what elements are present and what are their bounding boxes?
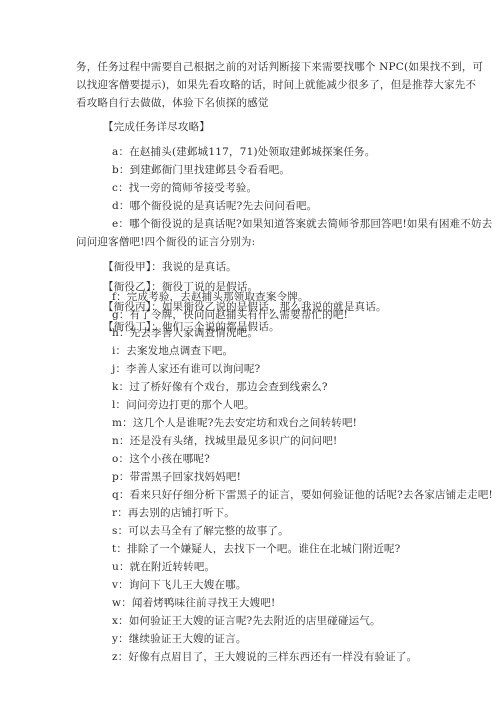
testimony-text: ：我说的是真话。 <box>151 261 237 273</box>
step-n: n：还是没有头绪，找城里最见多识广的问问吧! <box>112 434 337 448</box>
intro-line-3: 看攻略自行去做做，体验下名侦探的感觉 <box>76 96 269 110</box>
speaker-label: 【衙役甲】 <box>103 261 151 273</box>
step-z: z：好像有点眉目了，王大嫂说的三样东西还有一样没有验证了。 <box>112 650 417 664</box>
step-g: g：有了令牌，快问问赵捕头有什么需要帮忙的吧! <box>112 308 348 322</box>
step-e-continued: 问问迎客僧吧!四个衙役的证言分别为: <box>76 235 255 249</box>
step-d: d：哪个衙役说的是真话呢?先去问问看吧。 <box>112 199 317 213</box>
step-x: x：如何验证王大嫂的证言呢?先去附近的店里碰碰运气。 <box>112 614 381 628</box>
step-y: y：继续验证王大嫂的证言。 <box>112 632 247 646</box>
step-i: i：去案发地点调查下吧。 <box>112 344 233 358</box>
step-c: c：找一旁的简师爷接受考验。 <box>112 181 257 195</box>
step-q: q：看来只好仔细分析下雷黑子的证言，要如何验证他的话呢?去各家店铺走走吧! <box>112 488 493 502</box>
step-b: b：到建邺衙门里找建邺县令看看吧。 <box>112 163 290 177</box>
step-o: o：这个小孩在哪呢? <box>112 452 210 466</box>
step-u: u：就在附近转转吧。 <box>112 560 215 574</box>
step-h: h：先去李善人家调查情况吧。 <box>112 326 258 340</box>
step-r: r：再去别的店铺打听下。 <box>112 506 235 520</box>
step-k: k：过了桥好像有个戏台，那边会查到线索么? <box>112 380 328 394</box>
testimony-jia: 【衙役甲】：我说的是真话。 <box>103 260 237 274</box>
intro-line-1: 务，任务过程中需要自己根据之前的对话判断接下来需要找哪个 NPC(如果找不到，可 <box>76 60 483 74</box>
step-w: w：闻着烤鸭味往前寻找王大嫂吧! <box>112 596 275 610</box>
step-j: j：李善人家还有谁可以询问呢? <box>112 362 260 376</box>
step-v: v：询问下飞儿王大嫂在哪。 <box>112 578 247 592</box>
intro-line-2: 以找迎客僧要提示)，如果先看攻略的话，时间上就能减少很多了，但是推荐大家先不 <box>76 78 476 92</box>
step-e: e：哪个衙役说的是真话呢?如果知道答案就去简师爷那回答吧!如果有困难不妨去 <box>112 217 492 231</box>
step-f: f：完成考验，去赵捕头那领取查案令牌。 <box>112 290 309 304</box>
step-s: s：可以去马全有了解完整的故事了。 <box>112 524 289 538</box>
step-t: t：排除了一个嫌疑人，去找下一个吧。谁住在北城门附近呢? <box>112 542 400 556</box>
section-title: 【完成任务详尽攻略】 <box>103 120 210 134</box>
step-m: m：这几个人是谁呢?先去安定坊和戏台之间转转吧! <box>112 416 357 430</box>
step-l: l：问问旁边打更的那个人吧。 <box>112 398 255 412</box>
document-page: 务，任务过程中需要自己根据之前的对话判断接下来需要找哪个 NPC(如果找不到，可… <box>0 0 500 708</box>
step-a: a：在赵捕头(建邺城117，71)处领取建邺城探案任务。 <box>112 145 375 159</box>
step-p: p：带雷黑子回家找妈妈吧! <box>112 470 241 484</box>
